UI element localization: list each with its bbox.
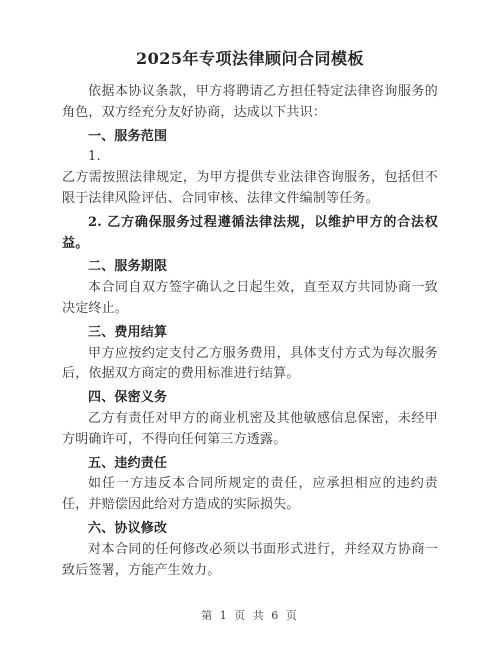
document-content: 2025年专项法律顾问合同模板 依据本协议条款，甲方将聘请乙方担任特定法律咨询服… — [0, 0, 500, 581]
paragraph-confidentiality: 乙方有责任对甲方的商业机密及其他敏感信息保密，未经甲方明确许可，不得向任何第三方… — [62, 409, 438, 451]
section-heading-6-amendment: 六、协议修改 — [62, 519, 438, 540]
clause-2-compliance: 2. 乙方确保服务过程遵循法律法规，以维护甲方的合法权益。 — [62, 213, 438, 255]
document-page: 2025年专项法律顾问合同模板 依据本协议条款，甲方将聘请乙方担任特定法律咨询服… — [0, 0, 500, 647]
paragraph-fees: 甲方应按约定支付乙方服务费用，具体支付方式为每次服务后，依据双方商定的费用标准进… — [62, 344, 438, 386]
section-heading-4-confidentiality: 四、保密义务 — [62, 388, 438, 409]
section-heading-2-term: 二、服务期限 — [62, 257, 438, 278]
list-number-1: 1. — [62, 147, 438, 168]
paragraph-intro: 依据本协议条款，甲方将聘请乙方担任特定法律咨询服务的角色，双方经充分友好协商，达… — [62, 82, 438, 124]
document-title: 2025年专项法律顾问合同模板 — [62, 47, 438, 71]
page-number-footer: 第 1 页 共 6 页 — [0, 607, 500, 623]
paragraph-breach: 如任一方违反本合同所规定的责任，应承担相应的违约责任，并赔偿因此给对方造成的实际… — [62, 474, 438, 516]
section-heading-5-breach: 五、违约责任 — [62, 454, 438, 475]
paragraph-term: 本合同自双方签字确认之日起生效，直至双方共同协商一致决定终止。 — [62, 278, 438, 320]
section-heading-3-fees: 三、费用结算 — [62, 323, 438, 344]
paragraph-amendment: 对本合同的任何修改必须以书面形式进行，并经双方协商一致后签署，方能产生效力。 — [62, 540, 438, 582]
section-heading-1-scope: 一、服务范围 — [62, 127, 438, 148]
paragraph-service-scope: 乙方需按照法律规定，为甲方提供专业法律咨询服务，包括但不限于法律风险评估、合同审… — [62, 168, 438, 210]
